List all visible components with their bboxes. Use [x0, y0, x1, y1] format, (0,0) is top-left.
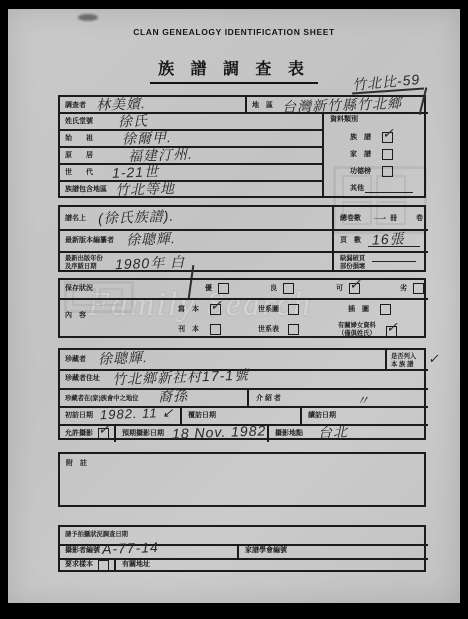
condition-good-label: 良 — [270, 285, 277, 293]
listed-in-genealogy-label-line2: 本 族 譜 — [391, 361, 413, 368]
photographer-number-label: 攝影者編號 — [65, 547, 100, 555]
followup-visit-label: 續訪日期 — [308, 412, 336, 420]
category-merit-label: 功德榜 — [350, 168, 371, 176]
condition-table: 保存狀況 優 良 可 劣 內 容 寫 本 刊 本 世系圖 世系表 插 圖 有關婦… — [58, 278, 426, 338]
compiler-value: 徐聰輝. — [126, 228, 177, 250]
category-other-label: 其他 — [350, 185, 364, 193]
first-ancestor-label: 始 祖 — [65, 135, 93, 143]
category-other-line — [365, 192, 413, 193]
unit-juan-label: 卷 — [416, 215, 423, 223]
surveyor-label: 調查者 — [65, 102, 86, 110]
page-count-label: 頁 數 — [340, 237, 361, 245]
category-clan-label: 族 譜 — [350, 134, 371, 142]
filming-permission-checkbox — [98, 428, 109, 439]
condition-fair-checkbox — [349, 283, 360, 294]
women-data-label-line2: （僅俱姓氏） — [338, 330, 376, 337]
condition-excellent-label: 優 — [205, 285, 212, 293]
category-clan-checkbox — [382, 132, 393, 143]
compiler-label: 最新版本編纂者 — [65, 237, 114, 245]
illustration-label: 插 圖 — [348, 306, 369, 314]
english-title: CLAN GENEALOGY IDENTIFICATION SHEET — [0, 27, 468, 37]
category-family-label: 家 譜 — [350, 151, 371, 159]
women-data-label-line1: 有關婦女資料 — [338, 322, 376, 329]
genealogical-society-number-label: 家譜學會編號 — [245, 547, 287, 555]
first-visit-value: 1982. 11 ↙ — [100, 405, 175, 424]
introducer-label: 介 紹 者 — [256, 395, 281, 403]
original-residence-label: 原 居 — [65, 152, 93, 160]
condition-poor-label: 劣 — [400, 285, 407, 293]
missing-pages-label-line1: 缺漏破頁 — [340, 255, 365, 262]
publish-year-label-line2: 及序跋日期 — [65, 263, 96, 270]
owner-clan-position-value: 裔孫 — [158, 385, 189, 406]
owner-address-label: 珍藏者住址 — [65, 375, 100, 383]
illustration-checkbox — [380, 304, 391, 315]
owner-label: 珍藏者 — [65, 356, 86, 364]
related-address-label: 有關地址 — [122, 561, 150, 569]
printed-checkbox — [210, 324, 221, 335]
condition-fair-label: 可 — [336, 285, 343, 293]
listed-in-genealogy-mark: ✓ — [428, 351, 440, 367]
manuscript-checkbox — [210, 304, 221, 315]
area-label: 地 區 — [252, 102, 273, 110]
admin-table: 請予拍攝狀況調查日期 攝影者編號 A-77-14 家譜學會編號 要求樣本 有關地… — [58, 525, 426, 572]
unit-ce-label: 冊 — [390, 215, 397, 223]
pedigree-table-label: 世系表 — [258, 326, 279, 334]
data-category-label: 資料類別 — [330, 116, 358, 124]
condition-excellent-checkbox — [218, 283, 229, 294]
owner-clan-position-label: 珍藏者在(家)族會中之地位 — [65, 395, 138, 402]
coverage-area-label: 族譜包含地區 — [65, 186, 107, 194]
pedigree-table-checkbox — [288, 324, 299, 335]
publish-year-value: 1980年 白 — [115, 252, 186, 274]
missing-pages-label-line2: 部份損壞 — [340, 263, 365, 270]
notes-label: 附 註 — [66, 460, 87, 468]
listed-in-genealogy-label-line1: 是否列入 — [391, 353, 416, 360]
identity-table: 調查者 林美嬪. 地 區 台灣新竹縣竹北鄉 姓氏堂號 徐氏 始 祖 徐爾甲. 原… — [58, 95, 426, 198]
scanned-document-page: Family Search CLAN GENEALOGY IDENTIFICAT… — [0, 0, 468, 619]
filming-place-value: 台北 — [318, 421, 349, 442]
condition-label: 保存狀況 — [65, 285, 93, 293]
introducer-marks: 〃 — [356, 390, 371, 409]
total-volumes-value: 一 — [372, 209, 387, 228]
expected-filming-date-label: 預期攝影日期 — [122, 430, 164, 438]
owner-value: 徐聰輝. — [98, 347, 149, 369]
surname-hall-label: 姓氏堂號 — [65, 118, 93, 126]
page-count-line — [368, 246, 420, 247]
genealogy-title-value: (徐氏族譜). — [98, 206, 175, 229]
total-volumes-label: 總卷數 — [340, 215, 361, 223]
photographer-number-value: A-77-14 — [102, 539, 159, 557]
filming-status-survey-date-label: 請予拍攝狀況調查日期 — [65, 531, 128, 538]
condition-poor-checkbox — [413, 283, 424, 294]
category-family-checkbox — [382, 149, 393, 160]
pedigree-chart-label: 世系圖 — [258, 306, 279, 314]
first-visit-label: 初訪日期 — [65, 412, 93, 420]
filming-permission-label: 允許攝影 — [65, 430, 93, 438]
missing-pages-line — [372, 261, 416, 262]
genealogy-title-label: 譜名上 — [65, 215, 86, 223]
printed-label: 刊 本 — [178, 326, 199, 334]
revisit-label: 覆訪日期 — [188, 412, 216, 420]
request-sample-checkbox — [98, 560, 109, 571]
notes-table: 附 註 — [58, 452, 426, 507]
category-merit-checkbox — [382, 166, 393, 177]
scan-smudge — [78, 14, 98, 21]
content-label: 內 容 — [65, 312, 86, 320]
request-sample-label: 要求樣本 — [65, 561, 93, 569]
chinese-title-text: 族 譜 調 查 表 — [150, 56, 318, 84]
women-data-checkbox — [386, 326, 397, 337]
generations-label: 世 代 — [65, 169, 93, 177]
manuscript-label: 寫 本 — [178, 306, 199, 314]
expected-filming-date-value: 18 Nov. 1982 — [172, 422, 267, 441]
filming-place-label: 攝影地點 — [275, 430, 303, 438]
owner-table: 珍藏者 徐聰輝. 是否列入 本 族 譜 ✓ 珍藏者住址 竹北鄉新社村17-1號 … — [58, 348, 426, 440]
publish-year-label-line1: 最新出版年份 — [65, 255, 103, 262]
condition-good-checkbox — [283, 283, 294, 294]
coverage-area-value: 竹北等地 — [115, 178, 176, 200]
edition-table: 譜名上 (徐氏族譜). 最新版本編纂者 徐聰輝. 最新出版年份 及序跋日期 19… — [58, 205, 426, 272]
area-value: 台灣新竹縣竹北鄉 — [282, 93, 403, 117]
pedigree-chart-checkbox — [288, 304, 299, 315]
